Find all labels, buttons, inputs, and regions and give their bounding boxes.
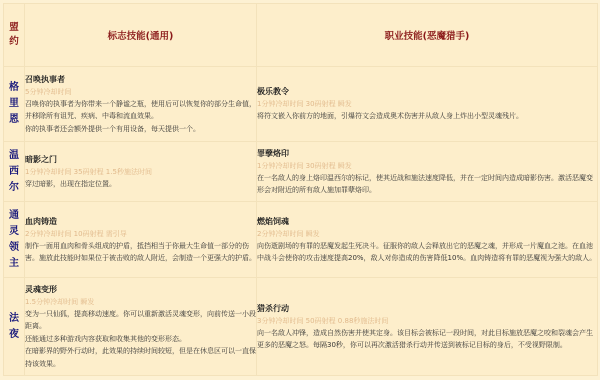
class-skill-cell: 燃焰饲魂 2分钟冷却时间 瞬发 向伤逝剧场的有罪的恶魔发起生死决斗。征服你的敌人… bbox=[257, 202, 598, 278]
faction-char: 主 bbox=[4, 256, 24, 272]
skill-meta: 1分钟冷却时间 30码射程 瞬发 bbox=[257, 98, 597, 110]
faction-char: 法 bbox=[4, 311, 24, 327]
faction-name: 温 西 尔 bbox=[4, 142, 25, 202]
faction-char: 灵 bbox=[4, 224, 24, 240]
covenant-skills-table: 盟 约 标志技能(通用) 职业技能(恶魔猎手) 格 里 恩 召唤执事者 5分钟冷… bbox=[3, 3, 598, 376]
header-class-skill: 职业技能(恶魔猎手) bbox=[257, 4, 598, 67]
skill-desc: 向伤逝剧场的有罪的恶魔发起生死决斗。征服你的敌人会释放出它的恶魔之魂，并形成一片… bbox=[257, 240, 597, 265]
skill-meta: 1分钟冷却时间 35码射程 1.5秒施法时间 bbox=[25, 166, 256, 178]
skill-name: 猎杀行动 bbox=[257, 302, 597, 315]
faction-char: 温 bbox=[4, 148, 24, 164]
skill-desc: 在暗影界的野外行动时，此效果的持续时间较短，但是在休息区可以一直保持该效果。 bbox=[25, 345, 256, 370]
header-signature-skill: 标志技能(通用) bbox=[25, 4, 257, 67]
skill-desc: 制作一面用血肉和骨头组成的护盾，抵挡相当于你最大生命值一部分的伤害。施放此技能时… bbox=[25, 240, 256, 265]
skill-desc: 将符文嵌入你前方的地面，引爆符文会造成奥术伤害并从敌人身上炸出小型灵魂残片。 bbox=[257, 110, 597, 123]
skill-meta: 1.5分钟冷却时间 瞬发 bbox=[25, 296, 256, 308]
signature-skill-cell: 召唤执事者 5分钟冷却时间 召唤你的执事者为你带来一个静谧之瓶，使用后可以恢复你… bbox=[25, 67, 257, 142]
faction-char: 西 bbox=[4, 164, 24, 180]
skill-name: 燃焰饲魂 bbox=[257, 215, 597, 228]
table-row-necrolord: 通 灵 领 主 血肉铸造 2分钟冷却时间 10码射程 需引导 制作一面用血肉和骨… bbox=[4, 202, 598, 278]
skill-desc: 召唤你的执事者为你带来一个静谧之瓶，使用后可以恢复你的部分生命值，并移除所有诅咒… bbox=[25, 98, 256, 123]
faction-char: 格 bbox=[4, 80, 24, 96]
skill-name: 极乐教令 bbox=[257, 85, 597, 98]
header-covenant-char: 盟 bbox=[4, 21, 24, 35]
signature-skill-cell: 暗影之门 1分钟冷却时间 35码射程 1.5秒施法时间 穿过暗影，出现在指定位置… bbox=[25, 142, 257, 202]
faction-name: 通 灵 领 主 bbox=[4, 202, 25, 278]
skill-desc: 在一名敌人的身上烙印温西尔的标记，使其近战和施法速度降低，并在一定时间内造成暗影… bbox=[257, 172, 597, 197]
skill-meta: 2分钟冷却时间 10码射程 需引导 bbox=[25, 228, 256, 240]
skill-desc: 穿过暗影，出现在指定位置。 bbox=[25, 178, 256, 191]
skill-desc: 向一名敌人冲锋，造成自然伤害并使其定身。该目标会被标记一段时间，对此目标施放恶魔… bbox=[257, 327, 597, 352]
faction-char: 里 bbox=[4, 96, 24, 112]
faction-char: 夜 bbox=[4, 327, 24, 343]
faction-char: 尔 bbox=[4, 180, 24, 196]
skill-name: 灵魂变形 bbox=[25, 283, 256, 296]
skill-desc: 变为一只仙狐，提高移动速度。你可以重新激活灵魂变形，向前传送一小段距离。 bbox=[25, 308, 256, 333]
signature-skill-cell: 灵魂变形 1.5分钟冷却时间 瞬发 变为一只仙狐，提高移动速度。你可以重新激活灵… bbox=[25, 278, 257, 376]
skill-name: 暗影之门 bbox=[25, 153, 256, 166]
skill-name: 罪孽烙印 bbox=[257, 147, 597, 160]
table-row-kyrian: 格 里 恩 召唤执事者 5分钟冷却时间 召唤你的执事者为你带来一个静谧之瓶，使用… bbox=[4, 67, 598, 142]
table-row-night-fae: 法 夜 灵魂变形 1.5分钟冷却时间 瞬发 变为一只仙狐，提高移动速度。你可以重… bbox=[4, 278, 598, 376]
header-covenant-char: 约 bbox=[4, 35, 24, 49]
class-skill-cell: 猎杀行动 3分钟冷却时间 50码射程 0.88秒施法时间 向一名敌人冲锋，造成自… bbox=[257, 278, 598, 376]
faction-char: 领 bbox=[4, 240, 24, 256]
table-row-venthyr: 温 西 尔 暗影之门 1分钟冷却时间 35码射程 1.5秒施法时间 穿过暗影，出… bbox=[4, 142, 598, 202]
signature-skill-cell: 血肉铸造 2分钟冷却时间 10码射程 需引导 制作一面用血肉和骨头组成的护盾，抵… bbox=[25, 202, 257, 278]
skill-desc: 还能通过多种游戏内容获取和收集其他的变形形态。 bbox=[25, 333, 256, 346]
skill-meta: 5分钟冷却时间 bbox=[25, 86, 256, 98]
header-row: 盟 约 标志技能(通用) 职业技能(恶魔猎手) bbox=[4, 4, 598, 67]
skill-meta: 1分钟冷却时间 30码射程 瞬发 bbox=[257, 160, 597, 172]
class-skill-cell: 极乐教令 1分钟冷却时间 30码射程 瞬发 将符文嵌入你前方的地面，引爆符文会造… bbox=[257, 67, 598, 142]
class-skill-cell: 罪孽烙印 1分钟冷却时间 30码射程 瞬发 在一名敌人的身上烙印温西尔的标记，使… bbox=[257, 142, 598, 202]
faction-name: 法 夜 bbox=[4, 278, 25, 376]
faction-char: 通 bbox=[4, 208, 24, 224]
header-covenant: 盟 约 bbox=[4, 4, 25, 67]
skill-meta: 2分钟冷却时间 瞬发 bbox=[257, 228, 597, 240]
skill-name: 血肉铸造 bbox=[25, 215, 256, 228]
skill-meta: 3分钟冷却时间 50码射程 0.88秒施法时间 bbox=[257, 315, 597, 327]
skill-desc: 你的执事者还会额外提供一个有用设备，每天提供一个。 bbox=[25, 123, 256, 136]
skill-name: 召唤执事者 bbox=[25, 73, 256, 86]
faction-char: 恩 bbox=[4, 112, 24, 128]
faction-name: 格 里 恩 bbox=[4, 67, 25, 142]
